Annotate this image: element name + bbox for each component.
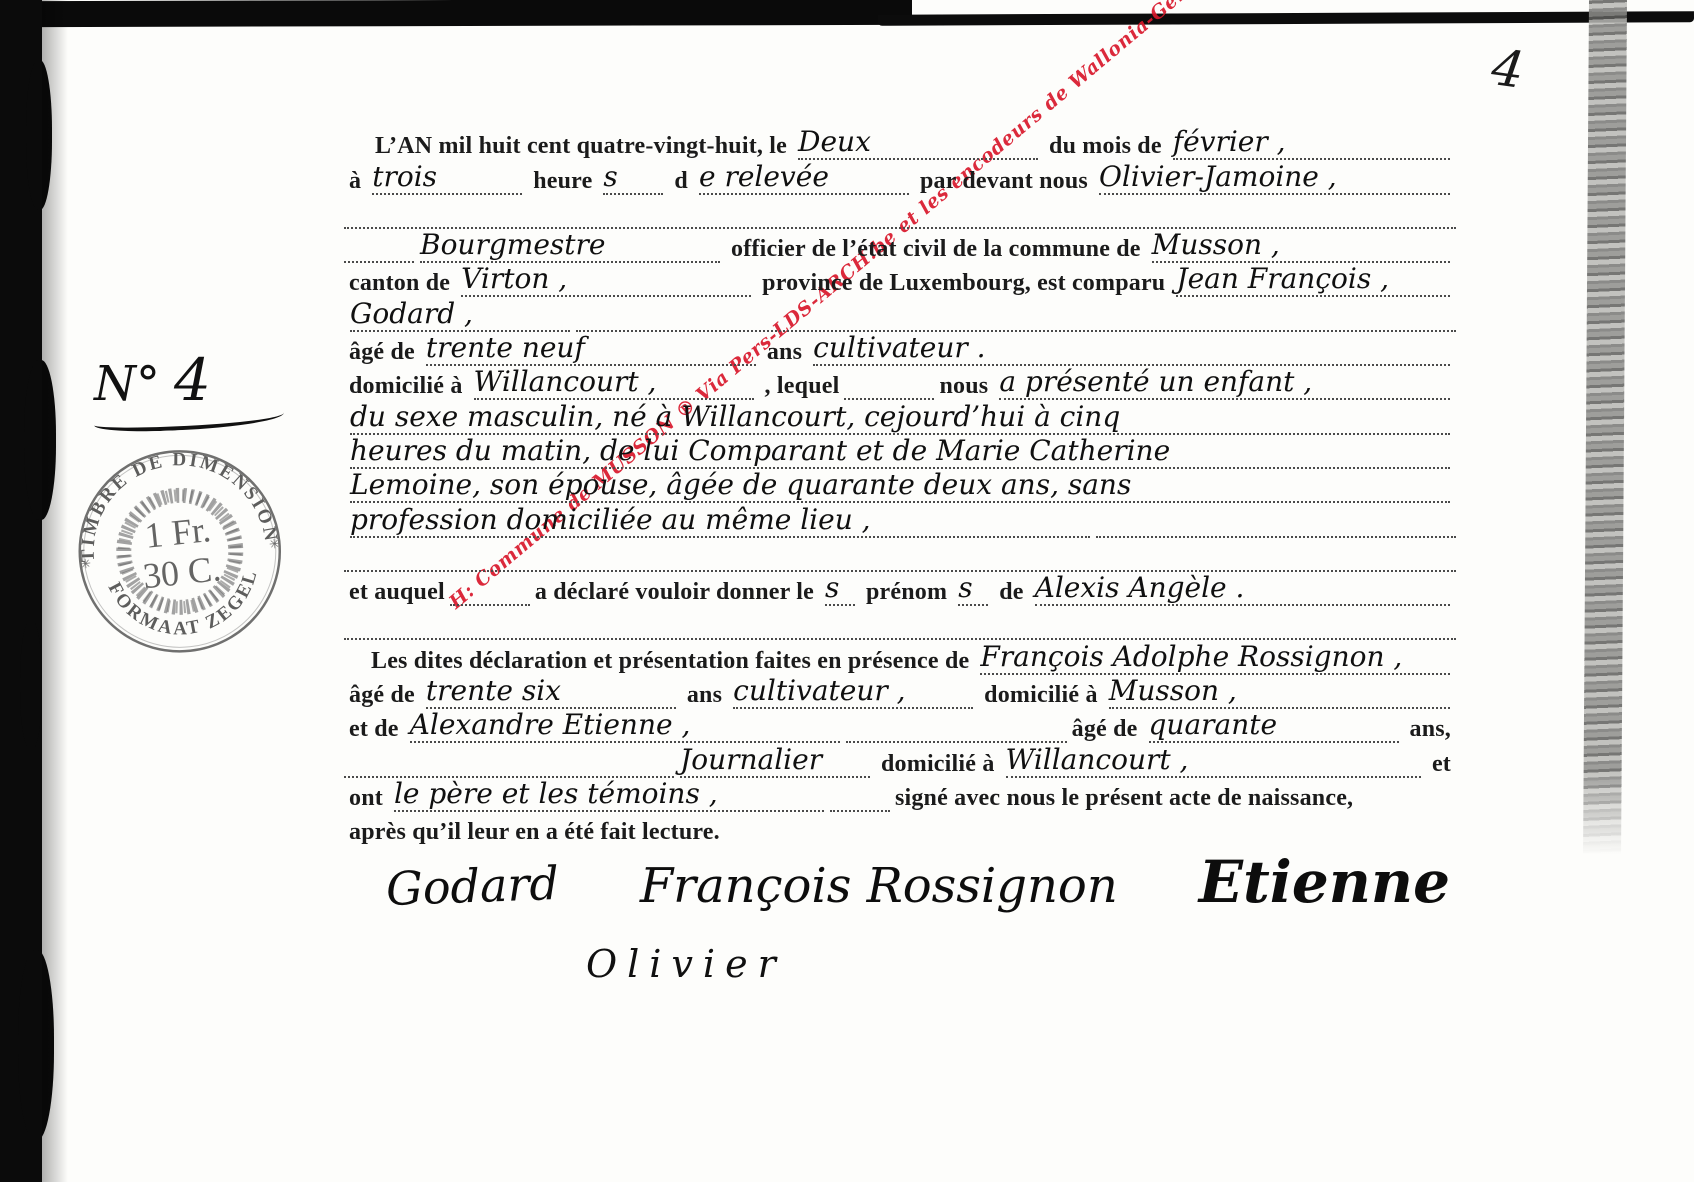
printed-text: ans	[767, 339, 802, 366]
printed-text: heure	[533, 168, 592, 195]
handwritten-text: profession domiciliée au même lieu ,	[350, 503, 1090, 538]
binding-gradient-shadow	[42, 0, 68, 1182]
printed-text: et de	[349, 716, 399, 743]
dotted-blank	[844, 372, 934, 400]
printed-text: et auquel	[349, 579, 445, 606]
form-line: profession domiciliée au même lieu ,	[344, 503, 1456, 537]
printed-text: prénom	[866, 579, 947, 606]
handwritten-text: s	[825, 571, 855, 606]
form-line: Les dites déclaration et présentation fa…	[344, 640, 1456, 674]
printed-text: âgé de	[1072, 716, 1138, 743]
handwritten-text: Musson ,	[1109, 674, 1450, 709]
handwritten-text: s	[958, 571, 988, 606]
page-edge-fade	[1580, 770, 1630, 870]
handwritten-text: Lemoine, son épouse, âgée de quarante de…	[350, 468, 1450, 503]
form-line: du sexe masculin, né à Willancourt, cejo…	[344, 400, 1456, 434]
dotted-blank	[450, 578, 530, 606]
stamp-right-ornament: ✳	[268, 536, 281, 552]
printed-text: d	[674, 168, 688, 195]
printed-text: , lequel	[765, 373, 840, 400]
act-number-annotation: N°4	[94, 346, 284, 430]
handwritten-text: Alexis Angèle .	[1035, 571, 1450, 606]
handwritten-text: Jean François ,	[1176, 262, 1450, 297]
printed-text: a déclaré vouloir donner le	[535, 579, 814, 606]
form-line: après qu’il leur en a été fait lecture.	[344, 812, 1456, 846]
dotted-blank	[846, 715, 1067, 743]
handwritten-text: Journalier	[680, 743, 870, 778]
printed-text: ans,	[1410, 716, 1452, 743]
form-line: àtroisheuresde relevéepar devant nousOli…	[344, 160, 1456, 194]
form-line: Bourgmestreofficier de l’état civil de l…	[344, 229, 1456, 263]
dotted-blank	[1096, 510, 1456, 538]
handwritten-text: Alexandre Etienne ,	[410, 708, 840, 743]
form-line: Godard ,	[344, 297, 1456, 331]
timbre-de-dimension-stamp: TIMBRE DE DIMENSION FORMAAT ZEGEL ✳ ✳ 1 …	[60, 425, 305, 682]
dotted-blank	[830, 784, 890, 812]
handwritten-text: Virton ,	[461, 262, 751, 297]
printed-text: ont	[349, 785, 383, 812]
stamp-left-ornament: ✳	[79, 556, 92, 572]
dotted-blank	[344, 750, 674, 778]
form-line: Lemoine, son épouse, âgée de quarante de…	[344, 469, 1456, 503]
handwritten-text: a présenté un enfant ,	[999, 365, 1450, 400]
form-line: Journalierdomicilié àWillancourt ,et	[344, 743, 1456, 777]
dotted-blank	[576, 304, 1456, 332]
form-line: âgé detrente sixanscultivateur ,domicili…	[344, 675, 1456, 709]
handwritten-text: trente six	[426, 674, 676, 709]
printed-text: canton de	[349, 270, 450, 297]
act-number-label: N°	[94, 356, 160, 412]
handwritten-text: février ,	[1173, 125, 1450, 160]
dotted-blank	[344, 612, 1456, 640]
printed-text: domicilié à	[349, 373, 463, 400]
form-line: âgé detrente neufanscultivateur .	[344, 332, 1456, 366]
handwritten-text: e relevée	[699, 160, 909, 195]
form-line: ontle père et les témoins ,signé avec no…	[344, 778, 1456, 812]
form-line: et auquela déclaré vouloir donner lespré…	[344, 572, 1456, 606]
printed-text: de	[999, 579, 1023, 606]
scan-top-edge-shadow-right	[878, 11, 1694, 26]
signatures-row: Godard François Rossignon Etienne	[386, 848, 1450, 916]
form-line	[344, 606, 1456, 640]
form-line: L’AN mil huit cent quatre-vingt-huit, le…	[344, 126, 1456, 160]
page-edge-texture	[1583, 0, 1627, 864]
handwritten-text: François Adolphe Rossignon ,	[980, 640, 1450, 675]
printed-text: après qu’il leur en a été fait lecture.	[349, 819, 720, 846]
printed-text: L’AN mil huit cent quatre-vingt-huit, le	[375, 133, 787, 160]
dotted-blank	[344, 201, 1456, 229]
form-line	[344, 195, 1456, 229]
form-line: domicilié àWillancourt ,, lequelnousa pr…	[344, 366, 1456, 400]
form-line: heures du matin, de lui Comparant et de …	[344, 435, 1456, 469]
handwritten-text: heures du matin, de lui Comparant et de …	[350, 434, 1450, 469]
form-line: canton deVirton ,province de Luxembourg,…	[344, 263, 1456, 297]
handwritten-text: Olivier-Jamoine ,	[1099, 160, 1450, 195]
printed-text: âgé de	[349, 339, 415, 366]
binding-blot	[20, 620, 42, 750]
handwritten-text: trois	[372, 160, 522, 195]
printed-text: du mois de	[1049, 133, 1162, 160]
form-lines: L’AN mil huit cent quatre-vingt-huit, le…	[344, 126, 1456, 846]
printed-text: domicilié à	[984, 682, 1098, 709]
handwritten-text: cultivateur ,	[733, 674, 973, 709]
dotted-blank	[344, 235, 414, 263]
handwritten-text: Willancourt ,	[474, 365, 754, 400]
handwritten-text: Deux	[798, 125, 1038, 160]
signature-olivier: Olivier	[586, 942, 786, 986]
handwritten-text: cultivateur .	[813, 331, 1450, 366]
printed-text: et	[1432, 751, 1451, 778]
signature-etienne: Etienne	[1199, 848, 1450, 916]
scanned-birth-record: H: Commune de MUSSON ® Via Pers-LDS-ARCH…	[0, 0, 1694, 1182]
printed-text: nous	[939, 373, 988, 400]
printed-text: à	[349, 168, 361, 195]
printed-text: province de Luxembourg, est comparu	[762, 270, 1165, 297]
handwritten-text: Godard ,	[350, 297, 570, 332]
printed-text: par devant nous	[920, 168, 1088, 195]
signature-rossignon: François Rossignon	[640, 858, 1118, 914]
handwritten-text: trente neuf	[426, 331, 756, 366]
handwritten-text: quarante	[1149, 708, 1399, 743]
scan-top-edge-shadow	[0, 0, 912, 27]
printed-text: officier de l’état civil de la commune d…	[731, 236, 1141, 263]
printed-text: ans	[687, 682, 722, 709]
printed-text: signé avec nous le présent acte de naiss…	[895, 785, 1353, 812]
dotted-blank	[344, 544, 1456, 572]
printed-text: domicilié à	[881, 751, 995, 778]
handwritten-text: s	[603, 160, 663, 195]
stamp-value-centimes: 30 C.	[141, 548, 223, 596]
form-line	[344, 538, 1456, 572]
handwritten-text: Bourgmestre	[420, 228, 720, 263]
printed-text: Les dites déclaration et présentation fa…	[371, 648, 969, 675]
handwritten-text: Musson ,	[1152, 228, 1450, 263]
handwritten-text: du sexe masculin, né à Willancourt, cejo…	[350, 400, 1450, 435]
handwritten-text: le père et les témoins ,	[394, 777, 824, 812]
act-number-value: 4	[174, 346, 211, 414]
form-line: et deAlexandre Etienne ,âgé dequarantean…	[344, 709, 1456, 743]
handwritten-text: Willancourt ,	[1006, 743, 1421, 778]
signature-godard: Godard	[385, 856, 560, 916]
stamp-value-francs: 1 Fr.	[143, 509, 213, 556]
page-number-handwritten: 4	[1488, 38, 1528, 100]
printed-text: âgé de	[349, 682, 415, 709]
